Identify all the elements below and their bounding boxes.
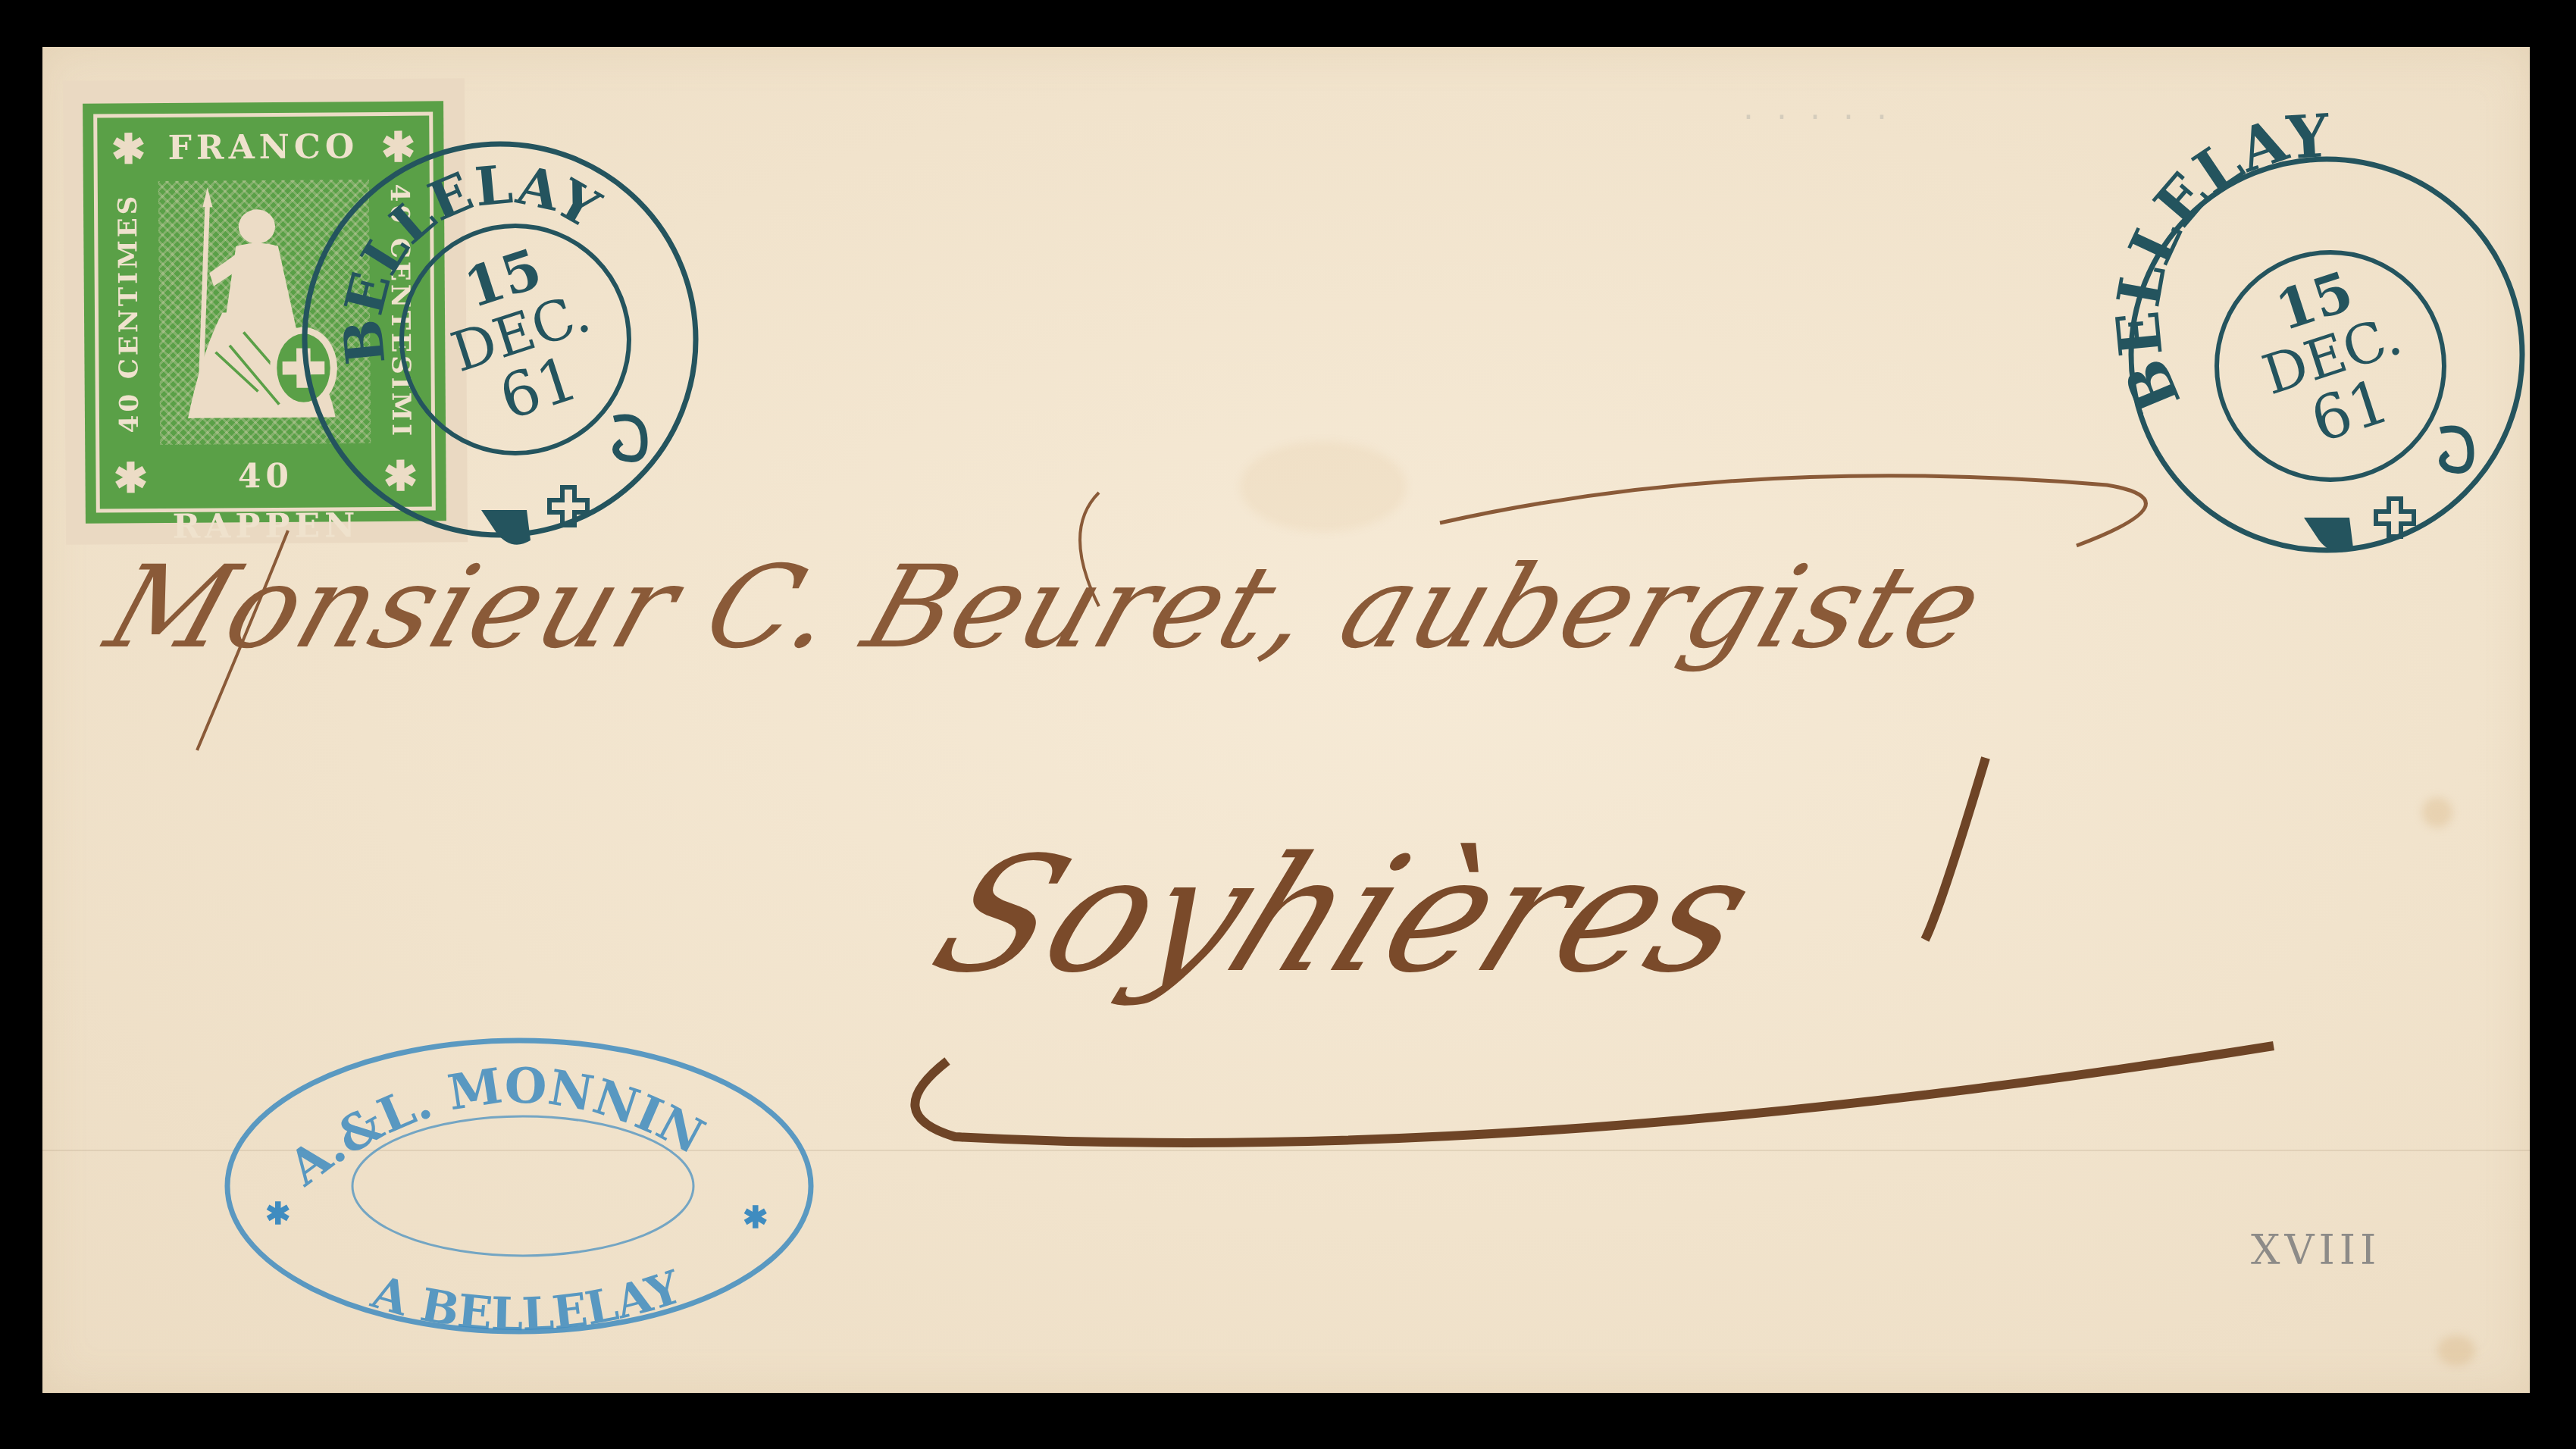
postmark-right: BELLELAY 15 DEC. 61 <box>2122 150 2531 559</box>
sender-cachet: A.&L. MONNIN A BELLELAY ✱ ✱ <box>220 1034 818 1338</box>
cachet-town: A BELLELAY <box>365 1260 688 1341</box>
foxing-spot <box>2437 1335 2475 1366</box>
post-horn-icon <box>2440 429 2471 471</box>
pencil-notation: XVIII <box>2251 1226 2380 1274</box>
faint-pencil-notation: · · · · · <box>1743 99 1893 137</box>
postmark-left: BELLELAY 15 DEC. 61 <box>296 135 705 544</box>
address-line-2: Soyhières <box>910 822 1779 1008</box>
address-line-1: Monsieur C. Beuret, aubergiste <box>92 542 1999 674</box>
ornament-icon: ✱ <box>743 1200 768 1235</box>
foxing-spot <box>2422 797 2452 828</box>
cachet-name: A.&L. MONNIN <box>277 1057 713 1197</box>
rosette-icon: ✱ <box>103 124 153 174</box>
post-horn-icon <box>614 418 644 459</box>
ornament-icon: ✱ <box>265 1196 291 1231</box>
post-horn-icon <box>481 510 531 545</box>
rosette-icon: ✱ <box>105 452 155 502</box>
stamp-left-label: 40 CENTIMES <box>105 181 152 445</box>
foxing-spot <box>1240 441 1407 532</box>
